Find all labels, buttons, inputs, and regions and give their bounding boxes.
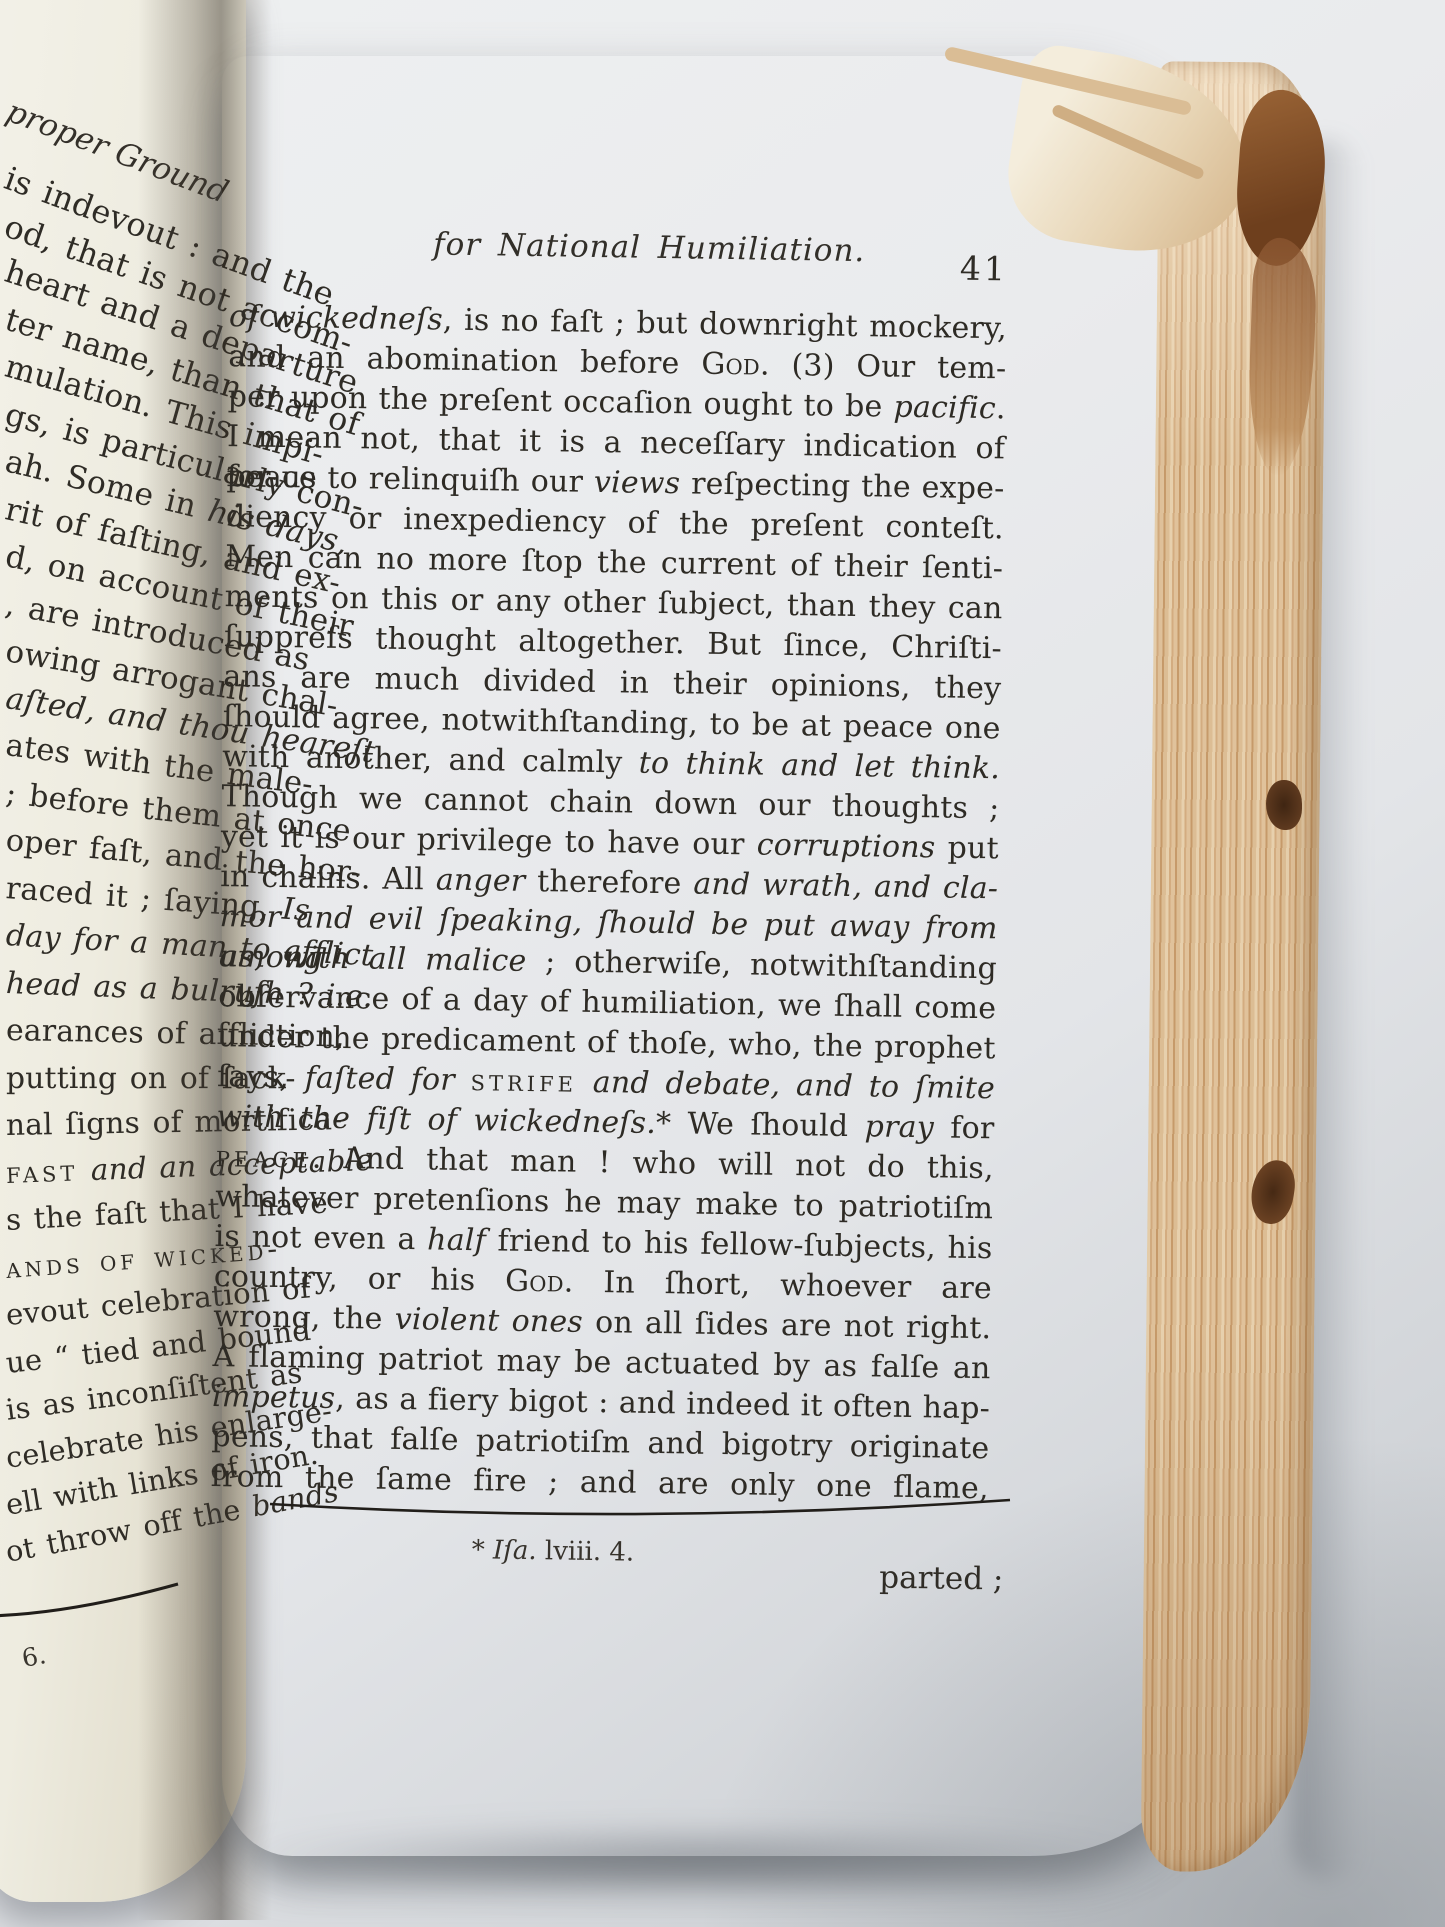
text-segment: corruptions xyxy=(756,828,935,866)
text-segment: , is no faſt ; but downright mockery, xyxy=(443,303,1008,347)
text-segment: in chains. All xyxy=(220,859,436,897)
text-segment: pray xyxy=(864,1109,934,1145)
text-segment: of wickedneſs xyxy=(229,299,443,337)
right-page: for National Humiliation. 41 of wickedne… xyxy=(222,56,1180,1856)
text-segment: on all ſides are not right. xyxy=(583,1305,992,1346)
text-segment: reſpecting the expe- xyxy=(680,466,1005,506)
text-segment: friend to his fellow-ſubjects, his xyxy=(486,1223,993,1266)
text-segment: with the fiſt of wickedneſs. xyxy=(216,1099,656,1141)
text-segment: and debate, and to ſmite xyxy=(577,1065,996,1107)
text-segment: country, or his xyxy=(214,1259,506,1299)
text-segment: for us to relinquiſh our xyxy=(226,459,594,500)
text-segment: views xyxy=(594,465,681,501)
text-segment: half xyxy=(427,1222,486,1258)
body-text: of wickedneſs, is no faſt ; but downrigh… xyxy=(210,297,1007,1509)
text-segment: faſted for xyxy=(304,1060,470,1098)
catchword: parted ; xyxy=(879,1560,1004,1598)
text-segment: for xyxy=(934,1110,995,1146)
text-segment: * xyxy=(471,1535,493,1565)
text-segment: and an abomination before xyxy=(228,339,701,381)
running-header: for National Humiliation. xyxy=(433,226,866,269)
text-segment: . xyxy=(996,391,1006,426)
text-segment: peace xyxy=(216,1139,313,1176)
text-segment: . (3) Our tem- xyxy=(760,348,1007,387)
text-segment: to think and let think. xyxy=(638,746,1000,787)
text-segment: Iſa. xyxy=(493,1535,537,1566)
text-segment: * We ſhould xyxy=(656,1106,865,1144)
text-segment: yet it is our privilege to have our xyxy=(221,819,757,862)
text-segment: and wrath, and cla- xyxy=(693,867,998,907)
text-segment: strife xyxy=(470,1063,577,1100)
text-segment: is not even a xyxy=(214,1219,427,1257)
edge-notch xyxy=(1266,780,1302,830)
text-segment: anger xyxy=(436,862,526,898)
text-segment: wrong, the xyxy=(213,1299,395,1337)
text-segment: violent ones xyxy=(394,1302,583,1340)
text-segment: lviii. 4. xyxy=(536,1536,634,1568)
text-segment: put xyxy=(935,830,999,866)
text-segment: . In ſhort, whoever are xyxy=(564,1265,993,1307)
book-photograph: proper Ground is indevout : and theod, t… xyxy=(0,0,1445,1927)
footnote: * Iſa. lviii. 4. xyxy=(471,1535,634,1568)
text-segment: therefore xyxy=(525,864,694,902)
text-segment: with another, and calmly xyxy=(222,739,639,781)
text-segment: God xyxy=(701,347,760,383)
text-segment: God xyxy=(505,1264,564,1300)
text-segment: , as a fiery bigot : and indeed it often… xyxy=(335,1381,990,1426)
text-segment: pacific xyxy=(893,390,996,427)
text-segment: impetus xyxy=(212,1379,336,1416)
text-segment: fast xyxy=(5,1153,78,1190)
page-number: 41 xyxy=(960,249,1009,289)
right-page-content: for National Humiliation. 41 of wickedne… xyxy=(197,55,1183,1870)
text-segment: us, with all malice xyxy=(219,939,527,979)
text-segment: ſays, xyxy=(217,1059,305,1095)
left-footnote: 6. xyxy=(20,1640,49,1673)
